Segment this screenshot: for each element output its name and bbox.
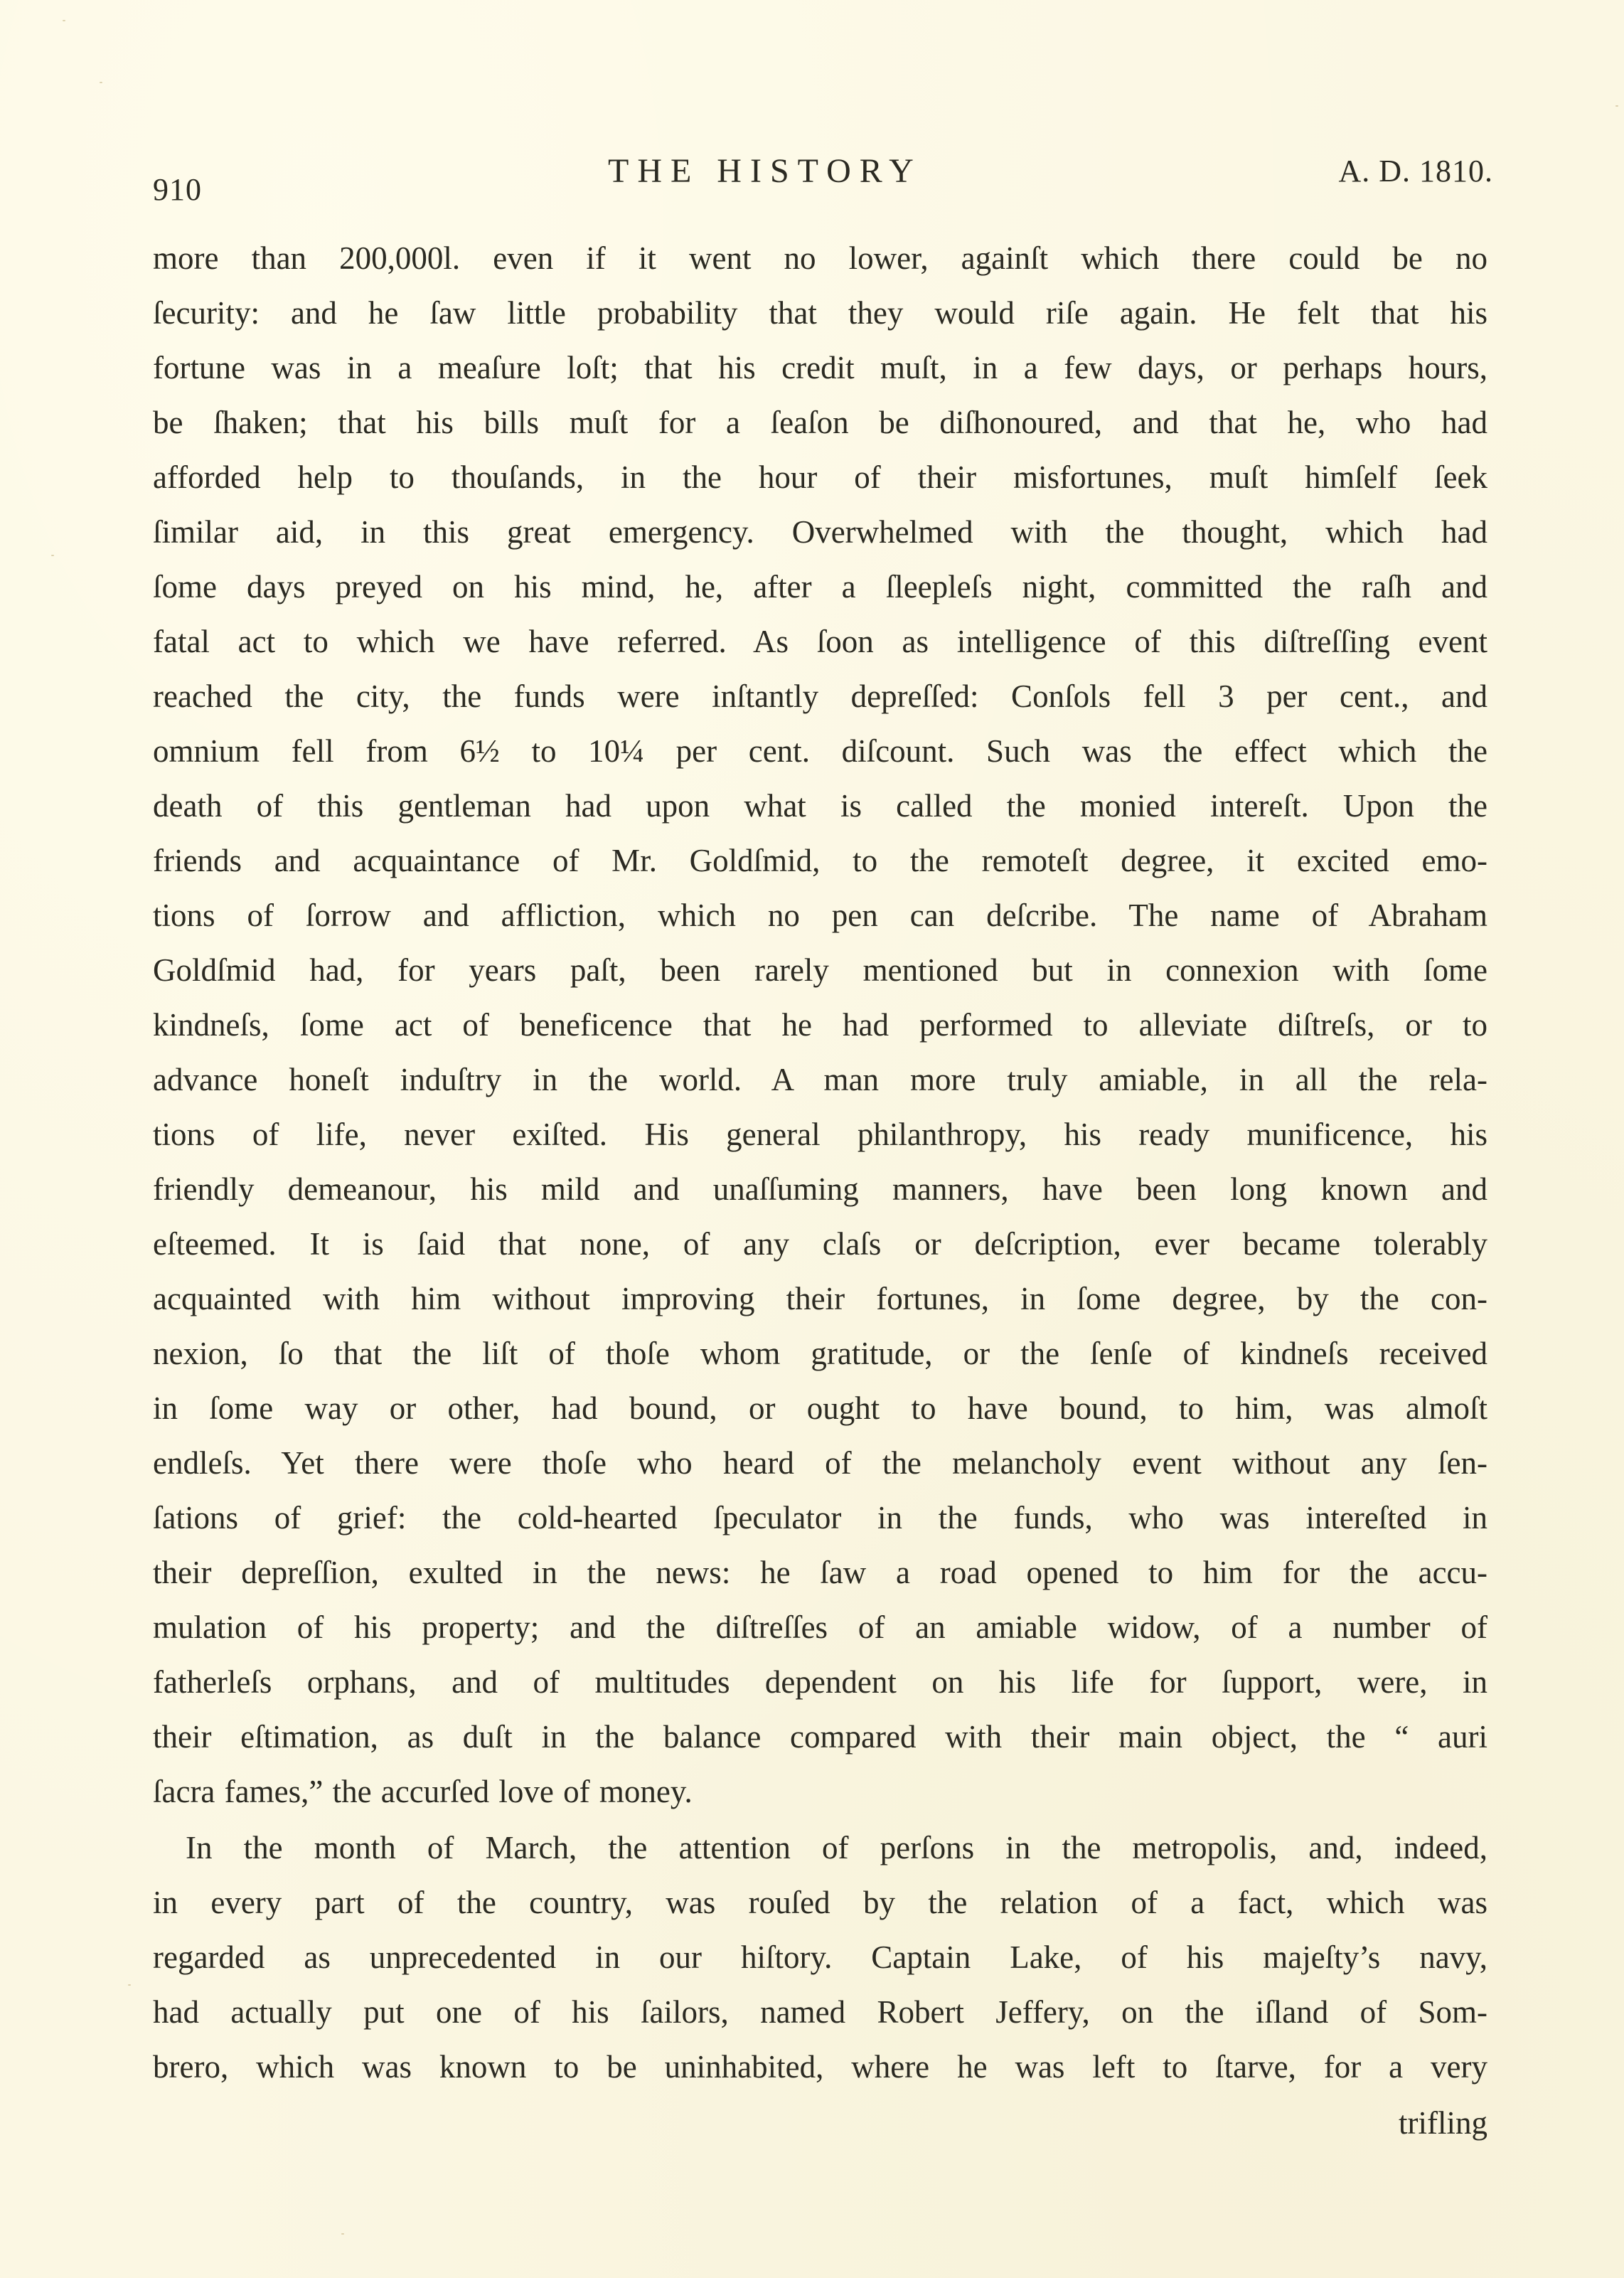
page-number: 910 — [153, 171, 202, 208]
text-line: regarded as unprecedented in our hiſtory… — [153, 1930, 1487, 1985]
text-line: omnium fell from 6½ to 10¼ per cent. diſ… — [153, 724, 1487, 779]
paper-speck — [128, 1984, 131, 1986]
text-line: brero, which was known to be uninhabited… — [153, 2040, 1487, 2095]
text-line: advance honeſt induſtry in the world. A … — [153, 1053, 1487, 1107]
text-line: their depreſſion, exulted in the news: h… — [153, 1545, 1487, 1600]
text-line: acquainted with him without improving th… — [153, 1272, 1487, 1326]
text-line: fortune was in a meaſure loſt; that his … — [153, 341, 1487, 395]
text-line: death of this gentleman had upon what is… — [153, 779, 1487, 834]
text-line: ſimilar aid, in this great emergency. Ov… — [153, 505, 1487, 560]
paper-speck — [51, 555, 54, 556]
text-line: friends and acquaintance of Mr. Goldſmid… — [153, 834, 1487, 888]
text-line: Goldſmid had, for years paſt, been rarel… — [153, 943, 1487, 998]
catchword: trifling — [153, 2096, 1487, 2151]
text-line: tions of life, never exiſted. His genera… — [153, 1107, 1487, 1162]
text-line: eſteemed. It is ſaid that none, of any c… — [153, 1217, 1487, 1272]
text-line: afforded help to thouſands, in the hour … — [153, 450, 1487, 505]
text-line: ſome days preyed on his mind, he, after … — [153, 560, 1487, 614]
text-line: nexion, ſo that the liſt of thoſe whom g… — [153, 1326, 1487, 1381]
text-line: in ſome way or other, had bound, or ough… — [153, 1381, 1487, 1436]
text-line: in every part of the country, was rouſed… — [153, 1875, 1487, 1930]
text-line: mulation of his property; and the diſtre… — [153, 1600, 1487, 1655]
paper-speck — [100, 82, 102, 83]
running-title: THE HISTORY — [608, 151, 922, 191]
text-line: their eſtimation, as duſt in the balance… — [153, 1710, 1487, 1765]
paper-speck — [63, 20, 65, 21]
text-line: tions of ſorrow and affliction, which no… — [153, 888, 1487, 943]
text-line: reached the city, the funds were inſtant… — [153, 669, 1487, 724]
text-line: kindneſs, ſome act of beneficence that h… — [153, 998, 1487, 1053]
text-line: ſecurity: and he ſaw little probability … — [153, 286, 1487, 341]
text-line: fatal act to which we have referred. As … — [153, 614, 1487, 669]
paper-speck — [1615, 105, 1618, 107]
text-line: ſations of grief: the cold-hearted ſpecu… — [153, 1491, 1487, 1545]
paragraph-first-line: In the month of March, the attention of … — [153, 1821, 1487, 1875]
text-line: be ſhaken; that his bills muſt for a ſea… — [153, 395, 1487, 450]
text-line: more than 200,000l. even if it went no l… — [153, 231, 1487, 286]
body-text: more than 200,000l. even if it went no l… — [153, 231, 1487, 2151]
paper-speck — [341, 2233, 344, 2235]
text-line: endleſs. Yet there were thoſe who heard … — [153, 1436, 1487, 1491]
paragraph-last-line: ſacra fames,” the accurſed love of money… — [153, 1765, 1487, 1819]
running-date: A. D. 1810. — [1338, 153, 1493, 189]
text-line: friendly demeanour, his mild and unaſſum… — [153, 1162, 1487, 1217]
running-head: 910 THE HISTORY A. D. 1810. — [153, 146, 1487, 217]
book-page: 910 THE HISTORY A. D. 1810. more than 20… — [153, 146, 1487, 2151]
text-line: fatherleſs orphans, and of multitudes de… — [153, 1655, 1487, 1710]
text-line: had actually put one of his ſailors, nam… — [153, 1985, 1487, 2040]
